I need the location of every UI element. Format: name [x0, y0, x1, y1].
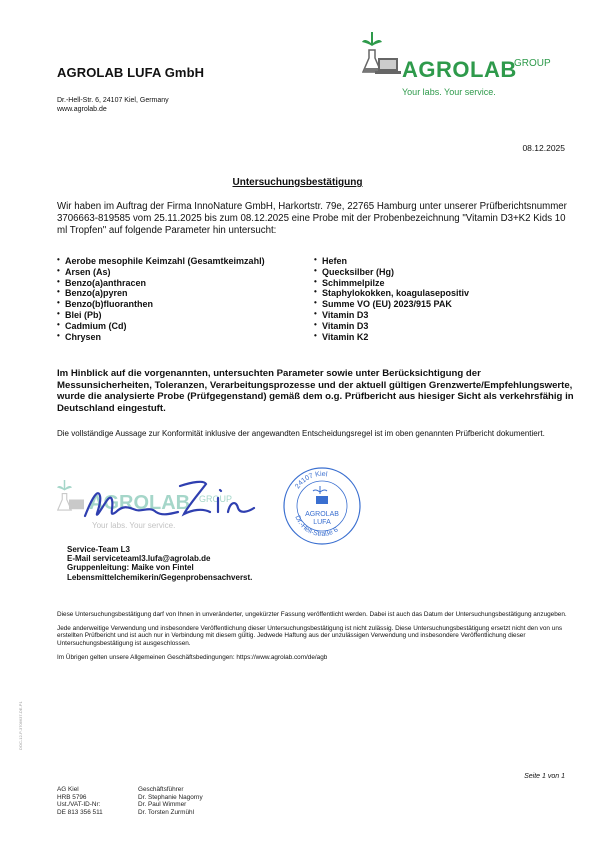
parameter-item: Vitamin D3: [314, 321, 469, 332]
document-code: DOC-12-P-3706637-DE-P1: [18, 701, 23, 750]
contact-email[interactable]: E-Mail serviceteaml3.lufa@agrolab.de: [67, 554, 252, 563]
logo-brand: AGROLAB: [402, 57, 517, 83]
parameter-item: Staphylokokken, koagulasepositiv: [314, 288, 469, 299]
parameter-item: Cadmium (Cd): [57, 321, 265, 332]
page-number: Seite 1 von 1: [524, 773, 565, 780]
parameter-item: Arsen (As): [57, 267, 265, 278]
parameter-item: Summe VO (EU) 2023/915 PAK: [314, 299, 469, 310]
website-link[interactable]: www.agrolab.de: [57, 106, 169, 115]
company-stamp: 24107 Kiel Dr.-Hell-Straße 6 AGROLAB LUF…: [282, 462, 362, 548]
group-lead: Gruppenleitung: Maike von Fintel: [67, 563, 252, 572]
address-line: Dr.-Hell-Str. 6, 24107 Kiel, Germany: [57, 97, 169, 106]
document-date: 08.12.2025: [522, 143, 565, 153]
company-name: AGROLAB LUFA GmbH: [57, 65, 204, 80]
conclusion-paragraph: Im Hinblick auf die vorgenannten, unters…: [57, 368, 577, 414]
svg-text:LUFA: LUFA: [313, 519, 331, 526]
parameter-item: Aerobe mesophile Keimzahl (Gesamtkeimzah…: [57, 256, 265, 267]
conformity-note: Die vollständige Aussage zur Konformität…: [57, 429, 582, 439]
lead-title: Lebensmittelchemikerin/Gegenprobensachve…: [67, 573, 252, 582]
flask-laptop-plant-icon: [362, 30, 402, 82]
service-team: Service-Team L3: [67, 545, 252, 554]
intro-paragraph: Wir haben im Auftrag der Firma InnoNatur…: [57, 201, 577, 238]
parameter-item: Vitamin K2: [314, 332, 469, 343]
parameter-item: Hefen: [314, 256, 469, 267]
parameter-list-left: Aerobe mesophile Keimzahl (Gesamtkeimzah…: [57, 256, 265, 342]
contact-block: Service-Team L3 E-Mail serviceteaml3.luf…: [67, 545, 252, 582]
handwritten-signature: [80, 478, 280, 528]
parameter-item: Benzo(a)anthracen: [57, 278, 265, 289]
footer-registry: AG Kiel HRB 5796 Ust./VAT-ID-Nr: DE 813 …: [57, 786, 103, 816]
parameter-item: Benzo(b)fluoranthen: [57, 299, 265, 310]
legal-notice: Diese Untersuchungsbestätigung darf von …: [57, 611, 582, 668]
svg-text:AGROLAB: AGROLAB: [305, 511, 339, 518]
logo-suffix: GROUP: [514, 58, 551, 69]
parameter-list-right: HefenQuecksilber (Hg)SchimmelpilzeStaphy…: [314, 256, 469, 342]
company-address: Dr.-Hell-Str. 6, 24107 Kiel, Germany www…: [57, 97, 169, 114]
legal-publication: Diese Untersuchungsbestätigung darf von …: [57, 611, 582, 619]
document-title: Untersuchungsbestätigung: [0, 177, 595, 188]
logo-tagline: Your labs. Your service.: [402, 87, 496, 97]
svg-text:24107 Kiel: 24107 Kiel: [294, 471, 328, 490]
parameter-item: Schimmelpilze: [314, 278, 469, 289]
parameter-item: Benzo(a)pyren: [57, 288, 265, 299]
parameter-item: Chrysen: [57, 332, 265, 343]
legal-terms: Im Übrigen gelten unsere Allgemeinen Ges…: [57, 654, 582, 662]
legal-restrictions: Jede anderweitige Verwendung und insbeso…: [57, 625, 582, 648]
parameter-item: Quecksilber (Hg): [314, 267, 469, 278]
parameter-item: Vitamin D3: [314, 310, 469, 321]
parameter-item: Blei (Pb): [57, 310, 265, 321]
footer-management: Geschäftsführer Dr. Stephanie Nagorny Dr…: [138, 786, 203, 816]
